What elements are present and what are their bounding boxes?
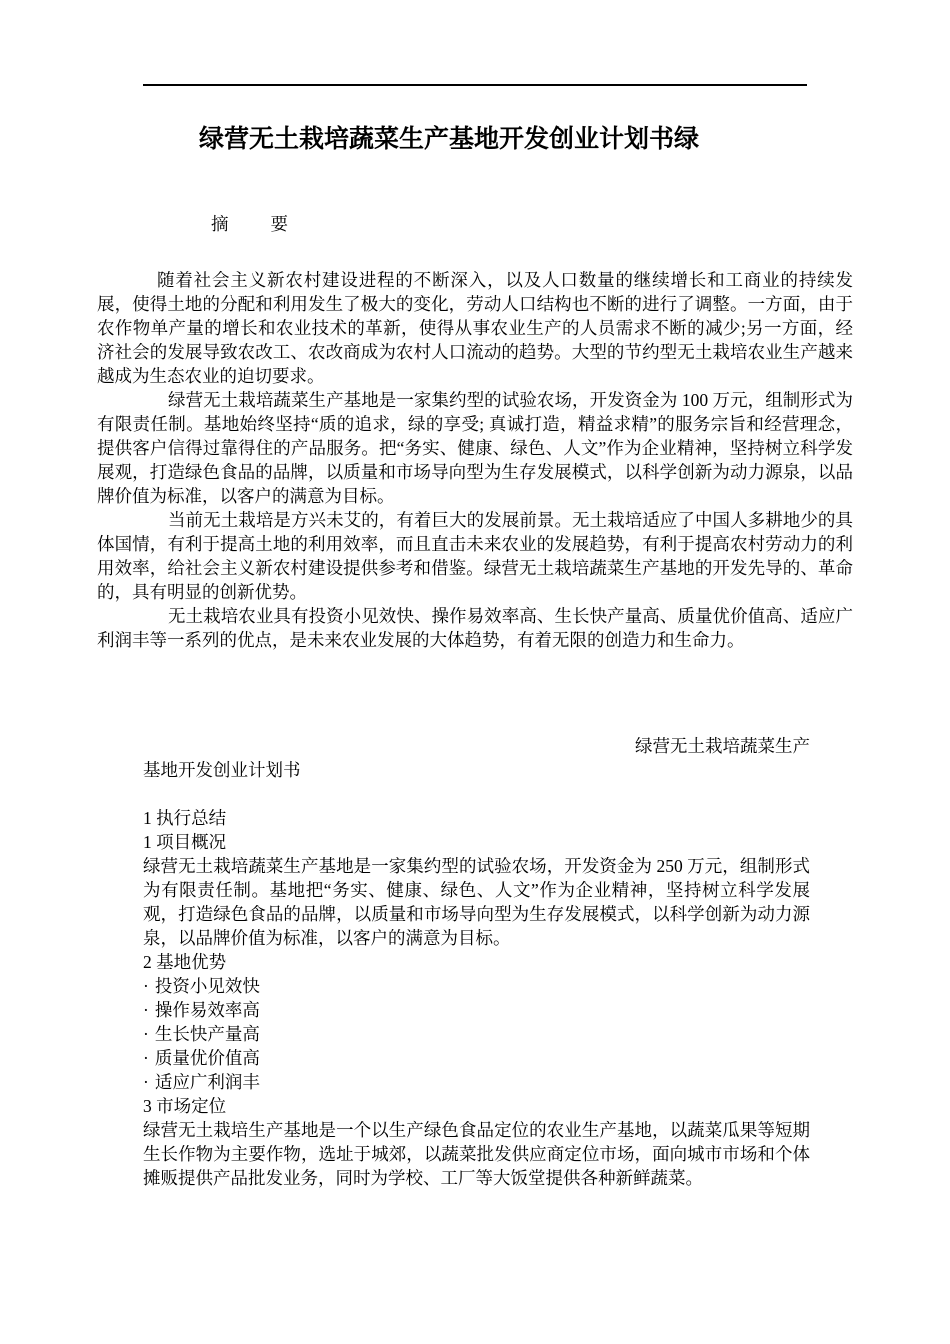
heading-exec-summary: 1 执行总结 xyxy=(143,806,810,830)
abstract-paragraph-2: 绿营无土栽培蔬菜生产基地是一家集约型的试验农场，开发资金为 100 万元，组制形… xyxy=(97,388,853,508)
heading-base-advantages: 2 基地优势 xyxy=(143,950,810,974)
abstract-paragraph-1: 随着社会主义新农村建设进程的不断深入，以及人口数量的继续增长和工商业的持续发展，… xyxy=(97,268,853,388)
bullet-item: ·生长快产量高 xyxy=(143,1022,810,1046)
bullet-item: ·适应广利润丰 xyxy=(143,1070,810,1094)
bullet-label: 适应广利润丰 xyxy=(155,1072,260,1092)
bullet-label: 投资小见效快 xyxy=(155,976,260,996)
bullet-marker: · xyxy=(143,1022,149,1046)
blank-row xyxy=(143,782,810,806)
bullet-label: 生长快产量高 xyxy=(155,1024,260,1044)
document-page: 绿营无土栽培蔬菜生产基地开发创业计划书绿 摘要 随着社会主义新农村建设进程的不断… xyxy=(0,0,950,1344)
bullet-marker: · xyxy=(143,998,149,1022)
bullet-item: ·操作易效率高 xyxy=(143,998,810,1022)
bullet-item: ·质量优价值高 xyxy=(143,1046,810,1070)
bullet-marker: · xyxy=(143,974,149,998)
heading-project-overview: 1 项目概况 xyxy=(143,830,810,854)
running-header-left: 基地开发创业计划书 xyxy=(143,758,810,782)
project-overview-paragraph: 绿营无土栽培蔬菜生产基地是一家集约型的试验农场，开发资金为 250 万元，组制形… xyxy=(143,854,810,950)
bullet-marker: · xyxy=(143,1046,149,1070)
abstract-section: 随着社会主义新农村建设进程的不断深入，以及人口数量的继续增长和工商业的持续发展，… xyxy=(97,268,853,652)
heading-market-positioning: 3 市场定位 xyxy=(143,1094,810,1118)
bullet-item: ·投资小见效快 xyxy=(143,974,810,998)
bullet-marker: · xyxy=(143,1070,149,1094)
running-header-right: 绿营无土栽培蔬菜生产 xyxy=(143,734,810,758)
bullet-label: 操作易效率高 xyxy=(155,1000,260,1020)
header-rule xyxy=(143,84,807,86)
abstract-heading-char-2: 要 xyxy=(271,214,289,234)
abstract-paragraph-3: 当前无土栽培是方兴未艾的，有着巨大的发展前景。无土栽培适应了中国人多耕地少的具体… xyxy=(97,508,853,604)
bullet-label: 质量优价值高 xyxy=(155,1048,260,1068)
abstract-heading: 摘要 xyxy=(211,212,288,236)
market-positioning-paragraph: 绿营无土栽培生产基地是一个以生产绿色食品定位的农业生产基地，以蔬菜瓜果等短期生长… xyxy=(143,1118,810,1190)
plan-section: 绿营无土栽培蔬菜生产 基地开发创业计划书 1 执行总结 1 项目概况 绿营无土栽… xyxy=(143,734,810,1190)
abstract-heading-char-1: 摘 xyxy=(211,214,229,234)
document-title: 绿营无土栽培蔬菜生产基地开发创业计划书绿 xyxy=(199,122,699,158)
abstract-paragraph-4: 无土栽培农业具有投资小见效快、操作易效率高、生长快产量高、质量优价值高、适应广利… xyxy=(97,604,853,652)
